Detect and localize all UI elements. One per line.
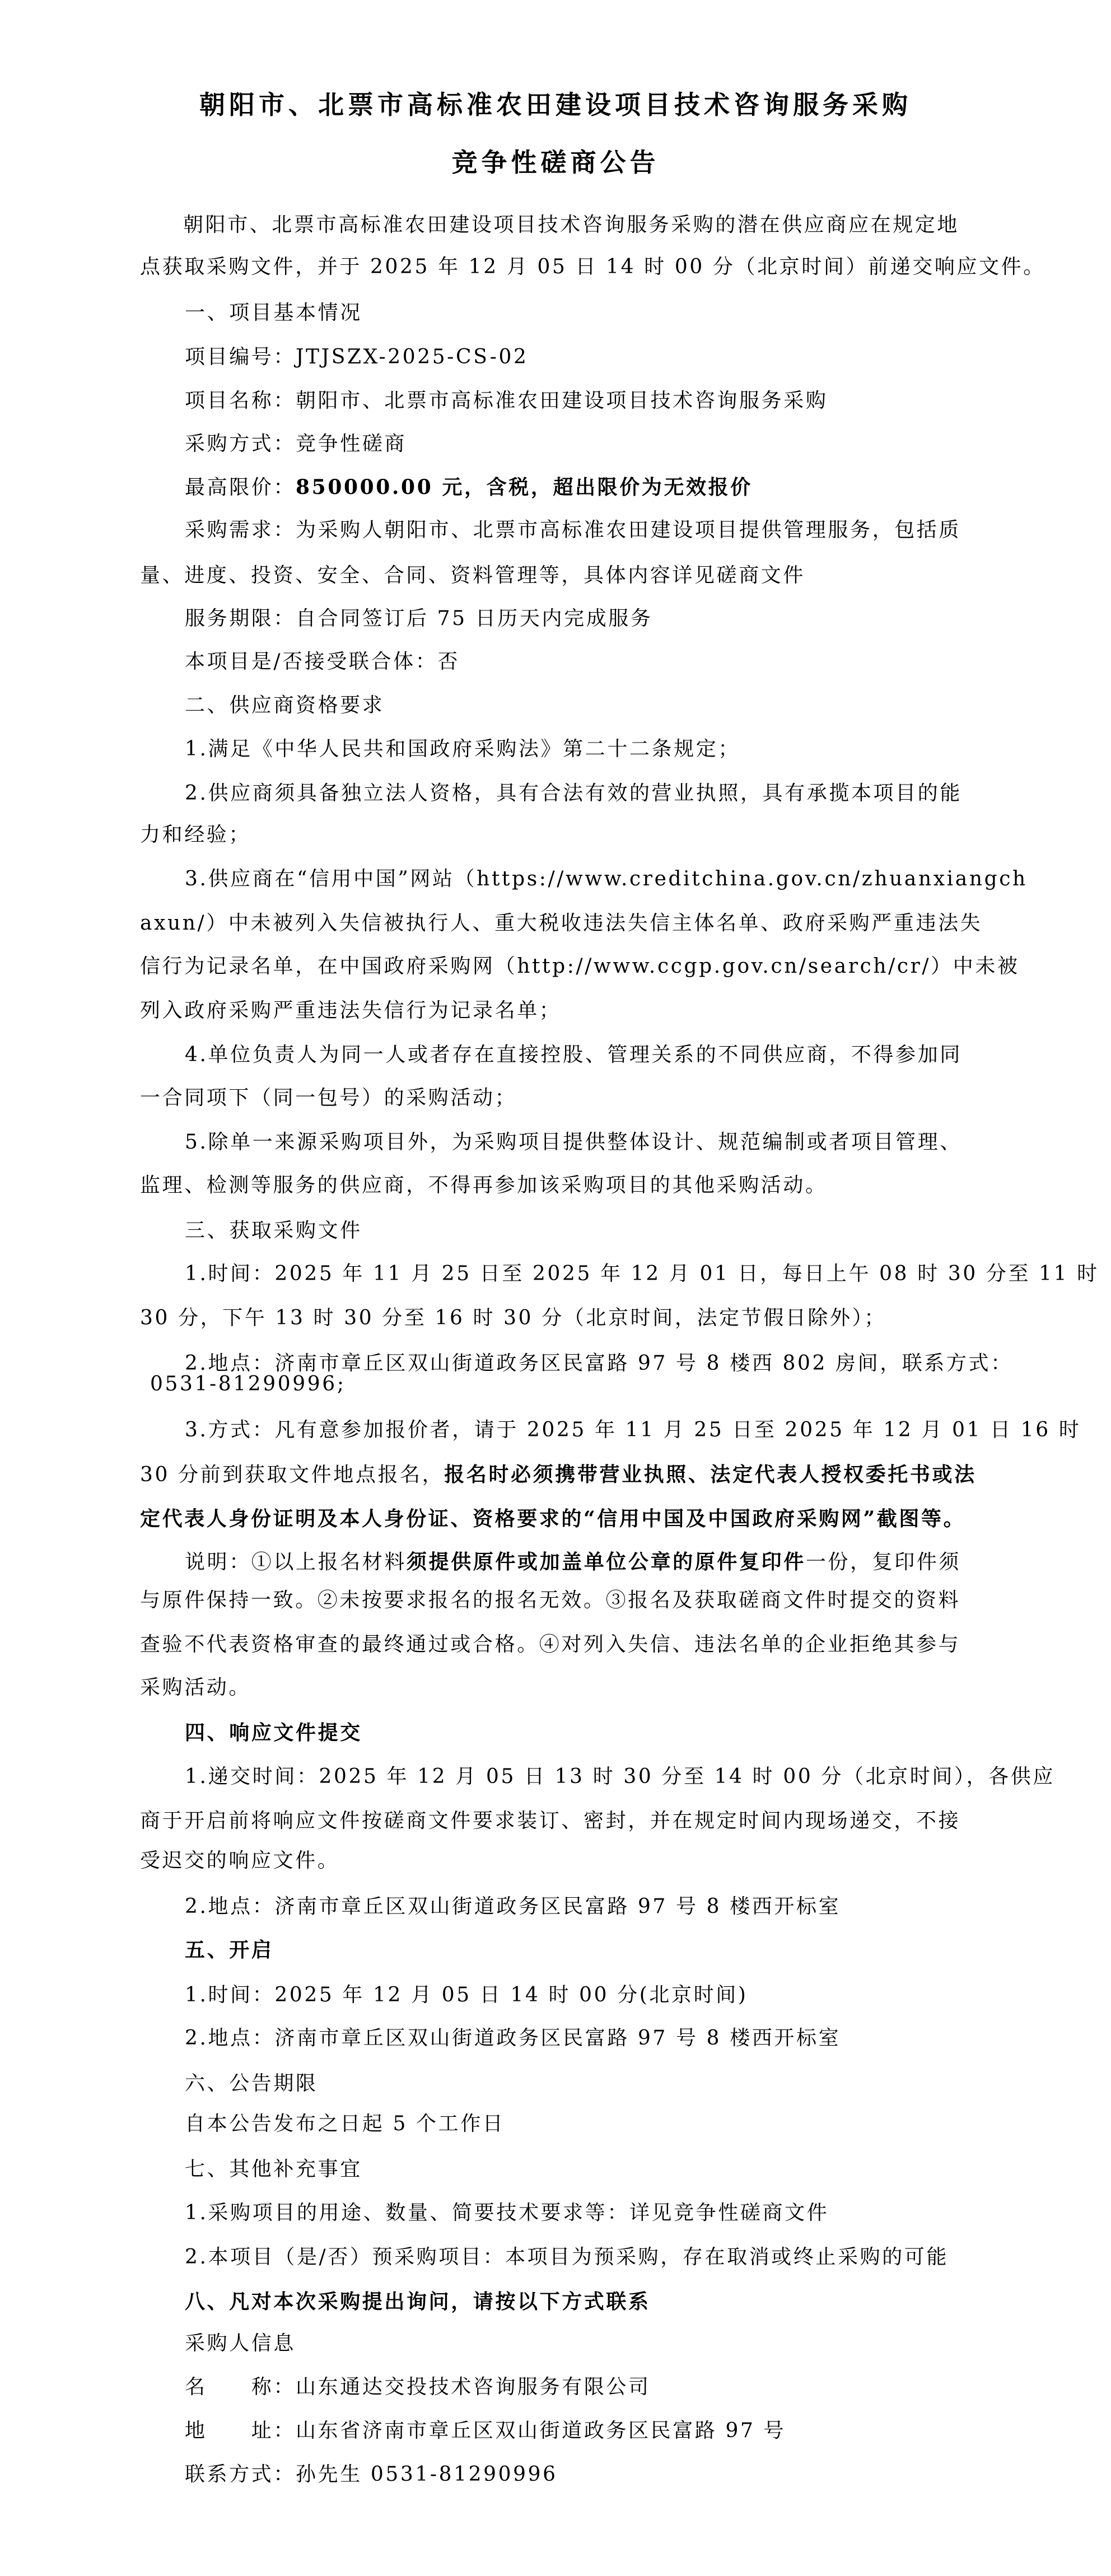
note-line1-start: 说明：①以上报名材料 bbox=[185, 1551, 407, 1574]
project-name: 项目名称：朝阳市、北票市高标准农田建设项目技术咨询服务采购 bbox=[185, 390, 828, 412]
section8-heading: 八、凡对本次采购提出询问，请按以下方式联系 bbox=[185, 2290, 651, 2313]
obtain-place-line2: 0531-81290996; bbox=[150, 1373, 346, 1396]
obtain-method-line3: 定代表人身份证明及本人身份证、资格要求的“信用中国及中国政府采购网”截图等。 bbox=[140, 1508, 965, 1530]
project-number-value: JTJSZX-2025-CS-02 bbox=[296, 346, 529, 368]
note-line4: 采购活动。 bbox=[140, 1677, 251, 1699]
consortium: 本项目是/否接受联合体：否 bbox=[185, 651, 460, 673]
project-number: 项目编号：JTJSZX-2025-CS-02 bbox=[185, 346, 529, 368]
obtain-method-line1: 3.方式：凡有意参加报价者，请于 2025 年 11 月 25 日至 2025 … bbox=[185, 1419, 1081, 1441]
note-line1-bold: 须提供原件或加盖单位公章的原件复印件 bbox=[407, 1550, 806, 1574]
purchaser-contact-label: 联系方式： bbox=[185, 2463, 296, 2486]
opening-place: 2.地点：济南市章丘区双山街道政务区民富路 97 号 8 楼西开标室 bbox=[185, 2027, 841, 2050]
qualification-item3-line2: axun/）中未被列入失信被执行人、重大税收违法失信主体名单、政府采购严重违法失 bbox=[140, 912, 982, 935]
max-price: 最高限价：850000.00 元，含税，超出限价为无效报价 bbox=[185, 476, 753, 499]
document-title-line2: 竞争性磋商公告 bbox=[0, 148, 1111, 176]
qualification-item1: 1.满足《中华人民共和国政府采购法》第二十二条规定； bbox=[185, 738, 740, 760]
note-line1: 说明：①以上报名材料须提供原件或加盖单位公章的原件复印件一份，复印件须 bbox=[185, 1551, 961, 1574]
qualification-item2-line2: 力和经验； bbox=[140, 824, 251, 846]
section6-heading: 六、公告期限 bbox=[185, 2073, 318, 2095]
demand-line2: 量、进度、投资、安全、合同、资料管理等，具体内容详见磋商文件 bbox=[140, 564, 805, 587]
purchaser-contact-value: 孙先生 0531-81290996 bbox=[296, 2463, 558, 2486]
max-price-label: 最高限价： bbox=[185, 476, 296, 499]
intro-line2: 点获取采购文件，并于 2025 年 12 月 05 日 14 时 00 分（北京… bbox=[140, 256, 1045, 278]
qualification-item3-line1: 3.供应商在“信用中国”网站（https://www.creditchina.g… bbox=[185, 868, 1028, 890]
section2-heading: 二、供应商资格要求 bbox=[185, 694, 384, 717]
section5-heading: 五、开启 bbox=[185, 1939, 273, 1961]
max-price-value: 850000.00 元，含税，超出限价为无效报价 bbox=[296, 475, 753, 499]
purchaser-contact: 联系方式：孙先生 0531-81290996 bbox=[185, 2463, 558, 2486]
note-line1-end: 一份，复印件须 bbox=[806, 1551, 961, 1574]
qualification-item5-line2: 监理、检测等服务的供应商，不得再参加该采购项目的其他采购活动。 bbox=[140, 1174, 828, 1197]
submission-place: 2.地点：济南市章丘区双山街道政务区民富路 97 号 8 楼西开标室 bbox=[185, 1896, 841, 1918]
obtain-method-line2-bold: 报名时必须携带营业执照、法定代表人授权委托书或法 bbox=[444, 1463, 976, 1486]
project-name-value: 朝阳市、北票市高标准农田建设项目技术咨询服务采购 bbox=[296, 389, 828, 412]
purchaser-name-value: 山东通达交投技术咨询服务有限公司 bbox=[296, 2376, 651, 2398]
section7-heading: 七、其他补充事宜 bbox=[185, 2158, 362, 2181]
project-name-label: 项目名称： bbox=[185, 389, 296, 412]
supplementary-item1: 1.采购项目的用途、数量、简要技术要求等：详见竞争性磋商文件 bbox=[185, 2202, 829, 2224]
purchaser-address-label: 地 址： bbox=[185, 2419, 296, 2442]
procurement-method-value: 竞争性磋商 bbox=[296, 432, 407, 455]
qualification-item4-line1: 4.单位负责人为同一人或者存在直接控股、管理关系的不同供应商，不得参加同 bbox=[185, 1044, 962, 1066]
service-period: 服务期限：自合同签订后 75 日历天内完成服务 bbox=[185, 608, 653, 630]
announcement-page: 朝阳市、北票市高标准农田建设项目技术咨询服务采购 竞争性磋商公告 朝阳市、北票市… bbox=[0, 0, 1111, 2576]
obtain-place-line1: 2.地点：济南市章丘区双山街道政务区民富路 97 号 8 楼西 802 房间，联… bbox=[185, 1352, 1013, 1375]
section3-heading: 三、获取采购文件 bbox=[185, 1220, 362, 1242]
qualification-item3-line4: 列入政府采购严重违法失信行为记录名单； bbox=[140, 1000, 561, 1022]
note-line3: 查验不代表资格审查的最终通过或合格。④对列入失信、违法名单的企业拒绝其参与 bbox=[140, 1634, 960, 1656]
section1-heading: 一、项目基本情况 bbox=[185, 302, 362, 324]
intro-line1: 朝阳市、北票市高标准农田建设项目技术咨询服务采购的潜在供应商应在规定地 bbox=[183, 214, 959, 236]
qualification-item4-line2: 一合同项下（同一包号）的采购活动； bbox=[140, 1087, 517, 1109]
qualification-item3-line3: 信行为记录名单，在中国政府采购网（http://www.ccgp.gov.cn/… bbox=[140, 955, 1020, 978]
purchaser-address: 地 址：山东省济南市章丘区双山街道政务区民富路 97 号 bbox=[185, 2420, 786, 2442]
purchaser-address-value: 山东省济南市章丘区双山街道政务区民富路 97 号 bbox=[296, 2419, 786, 2442]
purchaser-info-label: 采购人信息 bbox=[185, 2332, 296, 2355]
section4-heading: 四、响应文件提交 bbox=[185, 1721, 362, 1744]
document-title-line1: 朝阳市、北票市高标准农田建设项目技术咨询服务采购 bbox=[0, 91, 1111, 119]
supplementary-item2: 2.本项目（是/否）预采购项目：本项目为预采购，存在取消或终止采购的可能 bbox=[185, 2246, 949, 2269]
submission-time-line3: 受迟交的响应文件。 bbox=[140, 1850, 339, 1872]
obtain-time-line2: 30 分，下午 13 时 30 分至 16 时 30 分（北京时间，法定节假日除… bbox=[140, 1307, 886, 1329]
qualification-item2-line1: 2.供应商须具备独立法人资格，具有合法有效的营业执照，具有承揽本项目的能 bbox=[185, 782, 962, 805]
opening-time: 1.时间：2025 年 12 月 05 日 14 时 00 分(北京时间) bbox=[185, 1984, 748, 2006]
demand-line1: 采购需求：为采购人朝阳市、北票市高标准农田建设项目提供管理服务，包括质 bbox=[185, 519, 961, 542]
qualification-item5-line1: 5.除单一来源采购项目外，为采购项目提供整体设计、规范编制或者项目管理、 bbox=[185, 1131, 962, 1154]
purchaser-name-label: 名 称： bbox=[185, 2376, 296, 2398]
obtain-time-line1: 1.时间：2025 年 11 月 25 日至 2025 年 12 月 01 日，… bbox=[185, 1263, 1099, 1285]
announcement-period: 自本公告发布之日起 5 个工作日 bbox=[185, 2113, 505, 2135]
obtain-method-line2-normal: 30 分前到获取文件地点报名， bbox=[140, 1463, 444, 1486]
project-number-label: 项目编号： bbox=[185, 346, 296, 368]
submission-time-line1: 1.递交时间：2025 年 12 月 05 日 13 时 30 分至 14 时 … bbox=[185, 1766, 1055, 1788]
obtain-method-line2: 30 分前到获取文件地点报名，报名时必须携带营业执照、法定代表人授权委托书或法 bbox=[140, 1463, 977, 1486]
purchaser-name: 名 称：山东通达交投技术咨询服务有限公司 bbox=[185, 2376, 651, 2398]
note-line2: 与原件保持一致。②未按要求报名的报名无效。③报名及获取磋商文件时提交的资料 bbox=[140, 1589, 960, 1612]
submission-time-line2: 商于开启前将响应文件按磋商文件要求装订、密封，并在规定时间内现场递交，不接 bbox=[140, 1810, 960, 1832]
procurement-method-label: 采购方式： bbox=[185, 432, 296, 455]
procurement-method: 采购方式：竞争性磋商 bbox=[185, 433, 407, 455]
